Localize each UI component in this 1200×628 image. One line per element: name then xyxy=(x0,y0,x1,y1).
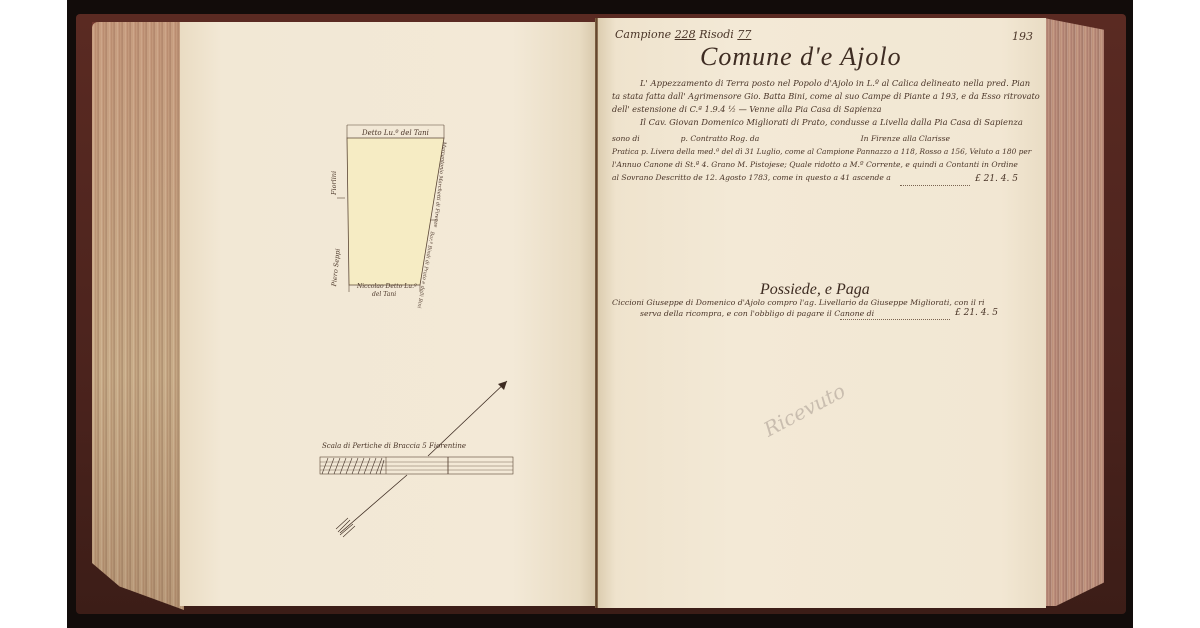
paragraph3-amount: £ 21. 4. 5 xyxy=(955,308,998,318)
register-header: Campione 228 Risodi 77 xyxy=(615,28,751,41)
scale-bar-and-north-arrow xyxy=(310,370,530,550)
plot-map xyxy=(300,120,480,310)
paragraph1-line1: L' Appezzamento di Terra posto nel Popol… xyxy=(640,78,1030,88)
left-page-edges xyxy=(92,22,184,610)
paragraph3-line2: serva della ricompra, e con l'obbligo di… xyxy=(640,309,874,318)
leader-dots-2 xyxy=(840,319,950,320)
north-arrow-icon xyxy=(336,381,507,537)
scale-bar-label: Scala di Pertiche di Braccia 5 Fiorentin… xyxy=(322,442,466,450)
paragraph2-line2: sono di p. Contratto Rog. da In Firenze … xyxy=(612,134,950,143)
campione-value: 228 xyxy=(675,28,696,41)
map-label-bottom-2: del Tani xyxy=(372,291,396,298)
paragraph1-line3: dell' estensione di C.ª 1.9.4 ½ — Venne … xyxy=(612,104,882,114)
paragraph1-line2: ta stata fatta dall' Agrimensore Gio. Ba… xyxy=(612,91,1040,101)
page-title: Comune d'e Ajolo xyxy=(700,42,902,72)
campione-label: Campione xyxy=(615,28,671,41)
leader-dots-1 xyxy=(900,185,970,186)
risodi-label: Risodi xyxy=(699,28,734,41)
risodi-value: 77 xyxy=(737,28,751,41)
paragraph2-line1: Il Cav. Giovan Domenico Migliorati di Pr… xyxy=(640,117,1023,127)
map-label-left-upper: Fiorlini xyxy=(330,171,338,195)
paragraph2-line4: l'Annuo Canone di St.ª 4. Grano M. Pisto… xyxy=(612,160,1018,169)
section-title-possiede: Possiede, e Paga xyxy=(760,281,870,299)
paragraph2-line3: Pratica p. Livera della med.ª del dì 31 … xyxy=(612,147,1031,156)
scale-bar xyxy=(320,457,513,474)
paragraph2-line5: al Sovrano Descritto de 12. Agosto 1783,… xyxy=(612,173,891,182)
map-label-bottom-1: Niccolao Detto Lu.º xyxy=(357,283,417,290)
paragraph2-amount: £ 21. 4. 5 xyxy=(975,174,1018,184)
right-page-edges xyxy=(1044,18,1104,606)
paragraph3-line1: Ciccioni Giuseppe di Domenico d'Ajolo co… xyxy=(612,298,985,307)
map-label-top: Detto Lu.º del Tani xyxy=(362,129,429,137)
page-number: 193 xyxy=(1012,30,1033,43)
